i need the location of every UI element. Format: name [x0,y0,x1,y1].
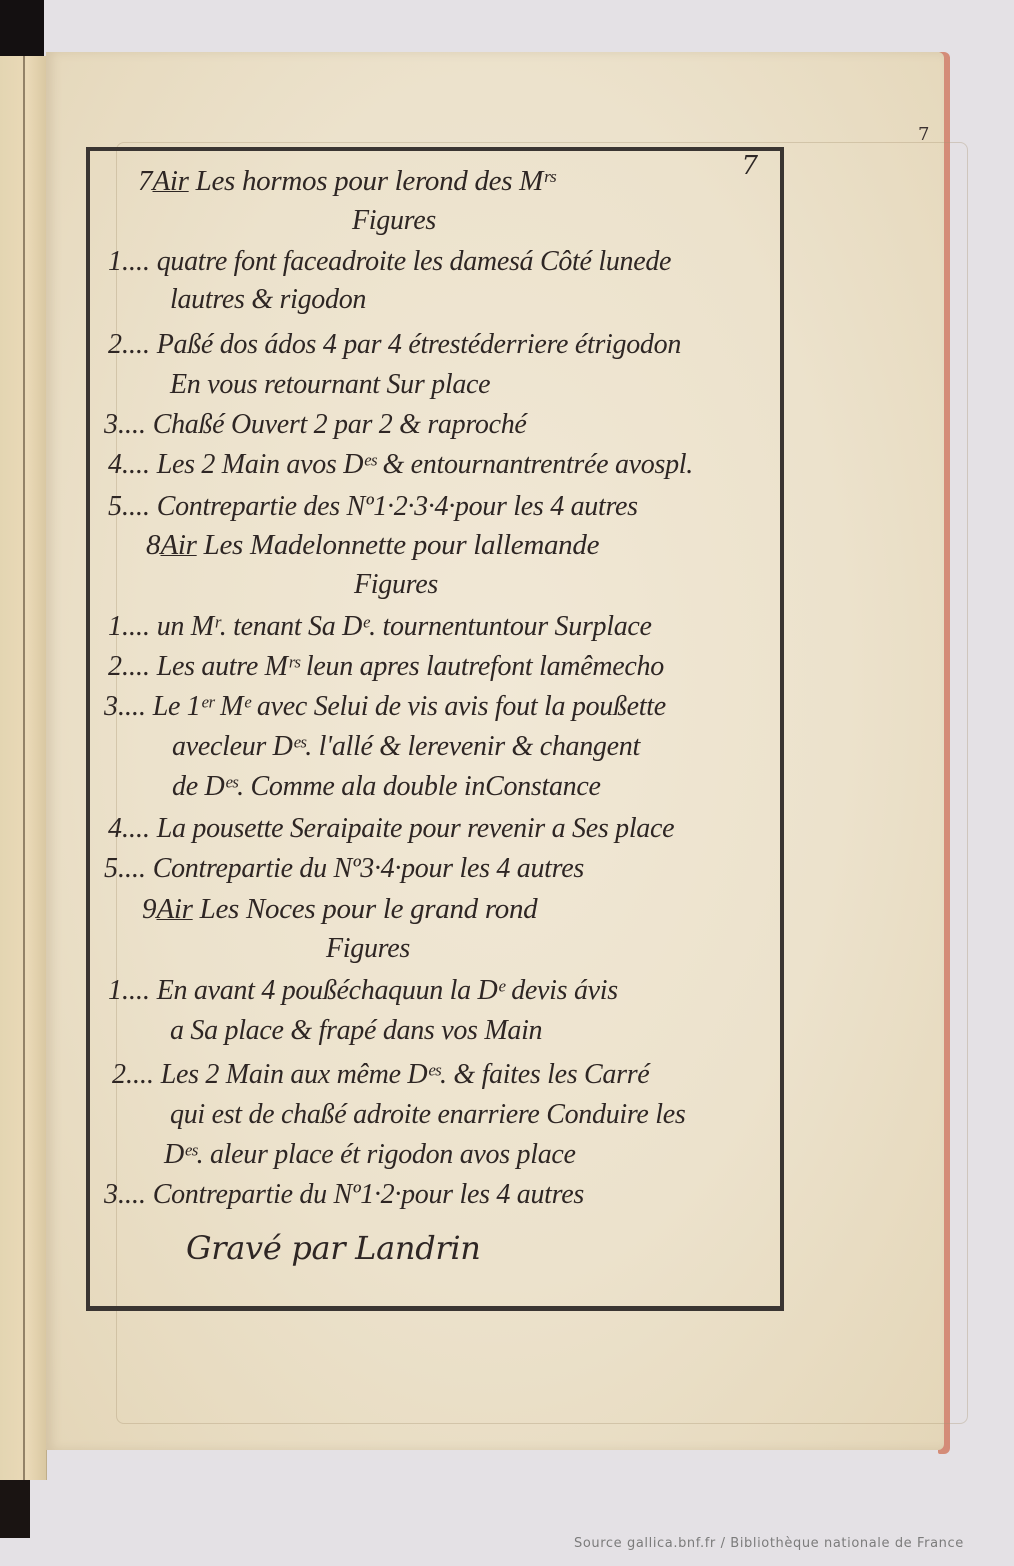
air-title: Les hormos pour lerond des Mʳˢ [196,165,555,197]
figure-text-continued: avecleur Dᵉˢ. l'allé & lerevenir & chang… [172,731,640,763]
figure-text-continued: de Dᵉˢ. Comme ala double inConstance [172,771,601,803]
figure-text: Contrepartie du Nº3·4·pour les 4 autres [153,853,584,884]
source-credit: Source gallica.bnf.fr / Bibliothèque nat… [574,1536,964,1551]
binding-thread [23,56,25,1480]
figure-number: 1.... [108,246,150,277]
figure-text: Paßé dos ádos 4 par 4 étrestéderriere ét… [157,329,681,360]
figure-item: 2.... Les autre Mʳˢ leun apres lautrefon… [108,651,664,683]
figure-text: Le 1ᵉʳ Mᵉ avec Selui de vis avis fout la… [153,691,666,722]
engraved-text: 7Air Les hormos pour lerond des Mʳˢ Figu… [90,151,780,1306]
figure-number: 2.... [108,651,150,682]
binding-strip-top [0,0,44,56]
figure-number: 1.... [108,611,150,642]
air-heading: 8Air Les Madelonnette pour lallemande [146,529,599,562]
air-label: Air [153,165,189,197]
figure-text: Chaßé Ouvert 2 par 2 & raproché [153,409,527,440]
figure-text: un Mʳ. tenant Sa Dᵉ. tournentuntour Surp… [157,611,652,642]
figure-item: 3.... Le 1ᵉʳ Mᵉ avec Selui de vis avis f… [104,691,666,723]
figure-number: 3.... [104,409,146,440]
figure-item: 3.... Contrepartie du Nº1·2·pour les 4 a… [104,1179,584,1211]
air-label: Air [161,529,197,561]
figures-heading: Figures [354,569,438,601]
figure-item: 4.... La pousette Seraipaite pour reveni… [108,813,674,845]
figure-text: La pousette Seraipaite pour revenir a Se… [157,813,675,844]
binding-strip-bottom [0,1478,30,1538]
figure-text: quatre font faceadroite les damesá Côté … [157,246,671,277]
figure-item: 1.... En avant 4 poußéchaquun la Dᵉ devi… [108,975,618,1007]
figure-text-continued: qui est de chaßé adroite enarriere Condu… [170,1099,685,1131]
figure-text: Les autre Mʳˢ leun apres lautrefont lamê… [157,651,664,682]
figure-number: 3.... [104,691,146,722]
figure-text: Contrepartie des Nº1·2·3·4·pour les 4 au… [157,491,638,522]
figure-item: 2.... Les 2 Main aux même Dᵉˢ. & faites … [112,1059,649,1091]
figure-text-continued: a Sa place & frapé dans vos Main [170,1015,542,1047]
figure-item: 4.... Les 2 Main avos Dᵉˢ & entournantre… [108,449,693,481]
figure-number: 2.... [112,1059,154,1090]
figure-text-continued: lautres & rigodon [170,284,366,316]
figures-heading: Figures [352,205,436,237]
figure-text: Contrepartie du Nº1·2·pour les 4 autres [153,1179,584,1210]
figure-item: 5.... Contrepartie du Nº3·4·pour les 4 a… [104,853,584,885]
figure-text: En avant 4 poußéchaquun la Dᵉ devis ávis [157,975,618,1006]
figure-number: 4.... [108,813,150,844]
air-label: Air [157,893,193,925]
figure-item: 2.... Paßé dos ádos 4 par 4 étrestéderri… [108,329,681,361]
figure-number: 4.... [108,449,150,480]
figure-item: 5.... Contrepartie des Nº1·2·3·4·pour le… [108,491,638,523]
figure-text-continued: Dᵉˢ. aleur place ét rigodon avos place [164,1139,576,1171]
air-title: Les Noces pour le grand rond [200,893,538,925]
figure-item: 3.... Chaßé Ouvert 2 par 2 & raproché [104,409,527,441]
engraved-frame: 7 7Air Les hormos pour lerond des Mʳˢ Fi… [86,147,784,1311]
folio-number: 7 [918,124,929,145]
air-heading: 9Air Les Noces pour le grand rond [142,893,537,926]
figure-number: 1.... [108,975,150,1006]
figure-number: 2.... [108,329,150,360]
figure-number: 3.... [104,1179,146,1210]
air-title: Les Madelonnette pour lallemande [204,529,600,561]
air-number: 8 [146,529,161,561]
figure-item: 1.... un Mʳ. tenant Sa Dᵉ. tournentuntou… [108,611,652,643]
figure-text: Les 2 Main aux même Dᵉˢ. & faites les Ca… [161,1059,650,1090]
figure-text: Les 2 Main avos Dᵉˢ & entournantrentrée … [157,449,693,480]
scanned-book-page: 7 7 7Air Les hormos pour lerond des Mʳˢ … [0,0,1014,1566]
figure-number: 5.... [108,491,150,522]
air-number: 9 [142,893,157,925]
figure-number: 5.... [104,853,146,884]
figures-heading: Figures [326,933,410,965]
engraver-signature: Gravé par Landrin [186,1229,481,1267]
air-heading: 7Air Les hormos pour lerond des Mʳˢ [138,165,555,198]
figure-text-continued: En vous retournant Sur place [170,369,490,401]
figure-item: 1.... quatre font faceadroite les damesá… [108,246,671,278]
air-number: 7 [138,165,153,197]
